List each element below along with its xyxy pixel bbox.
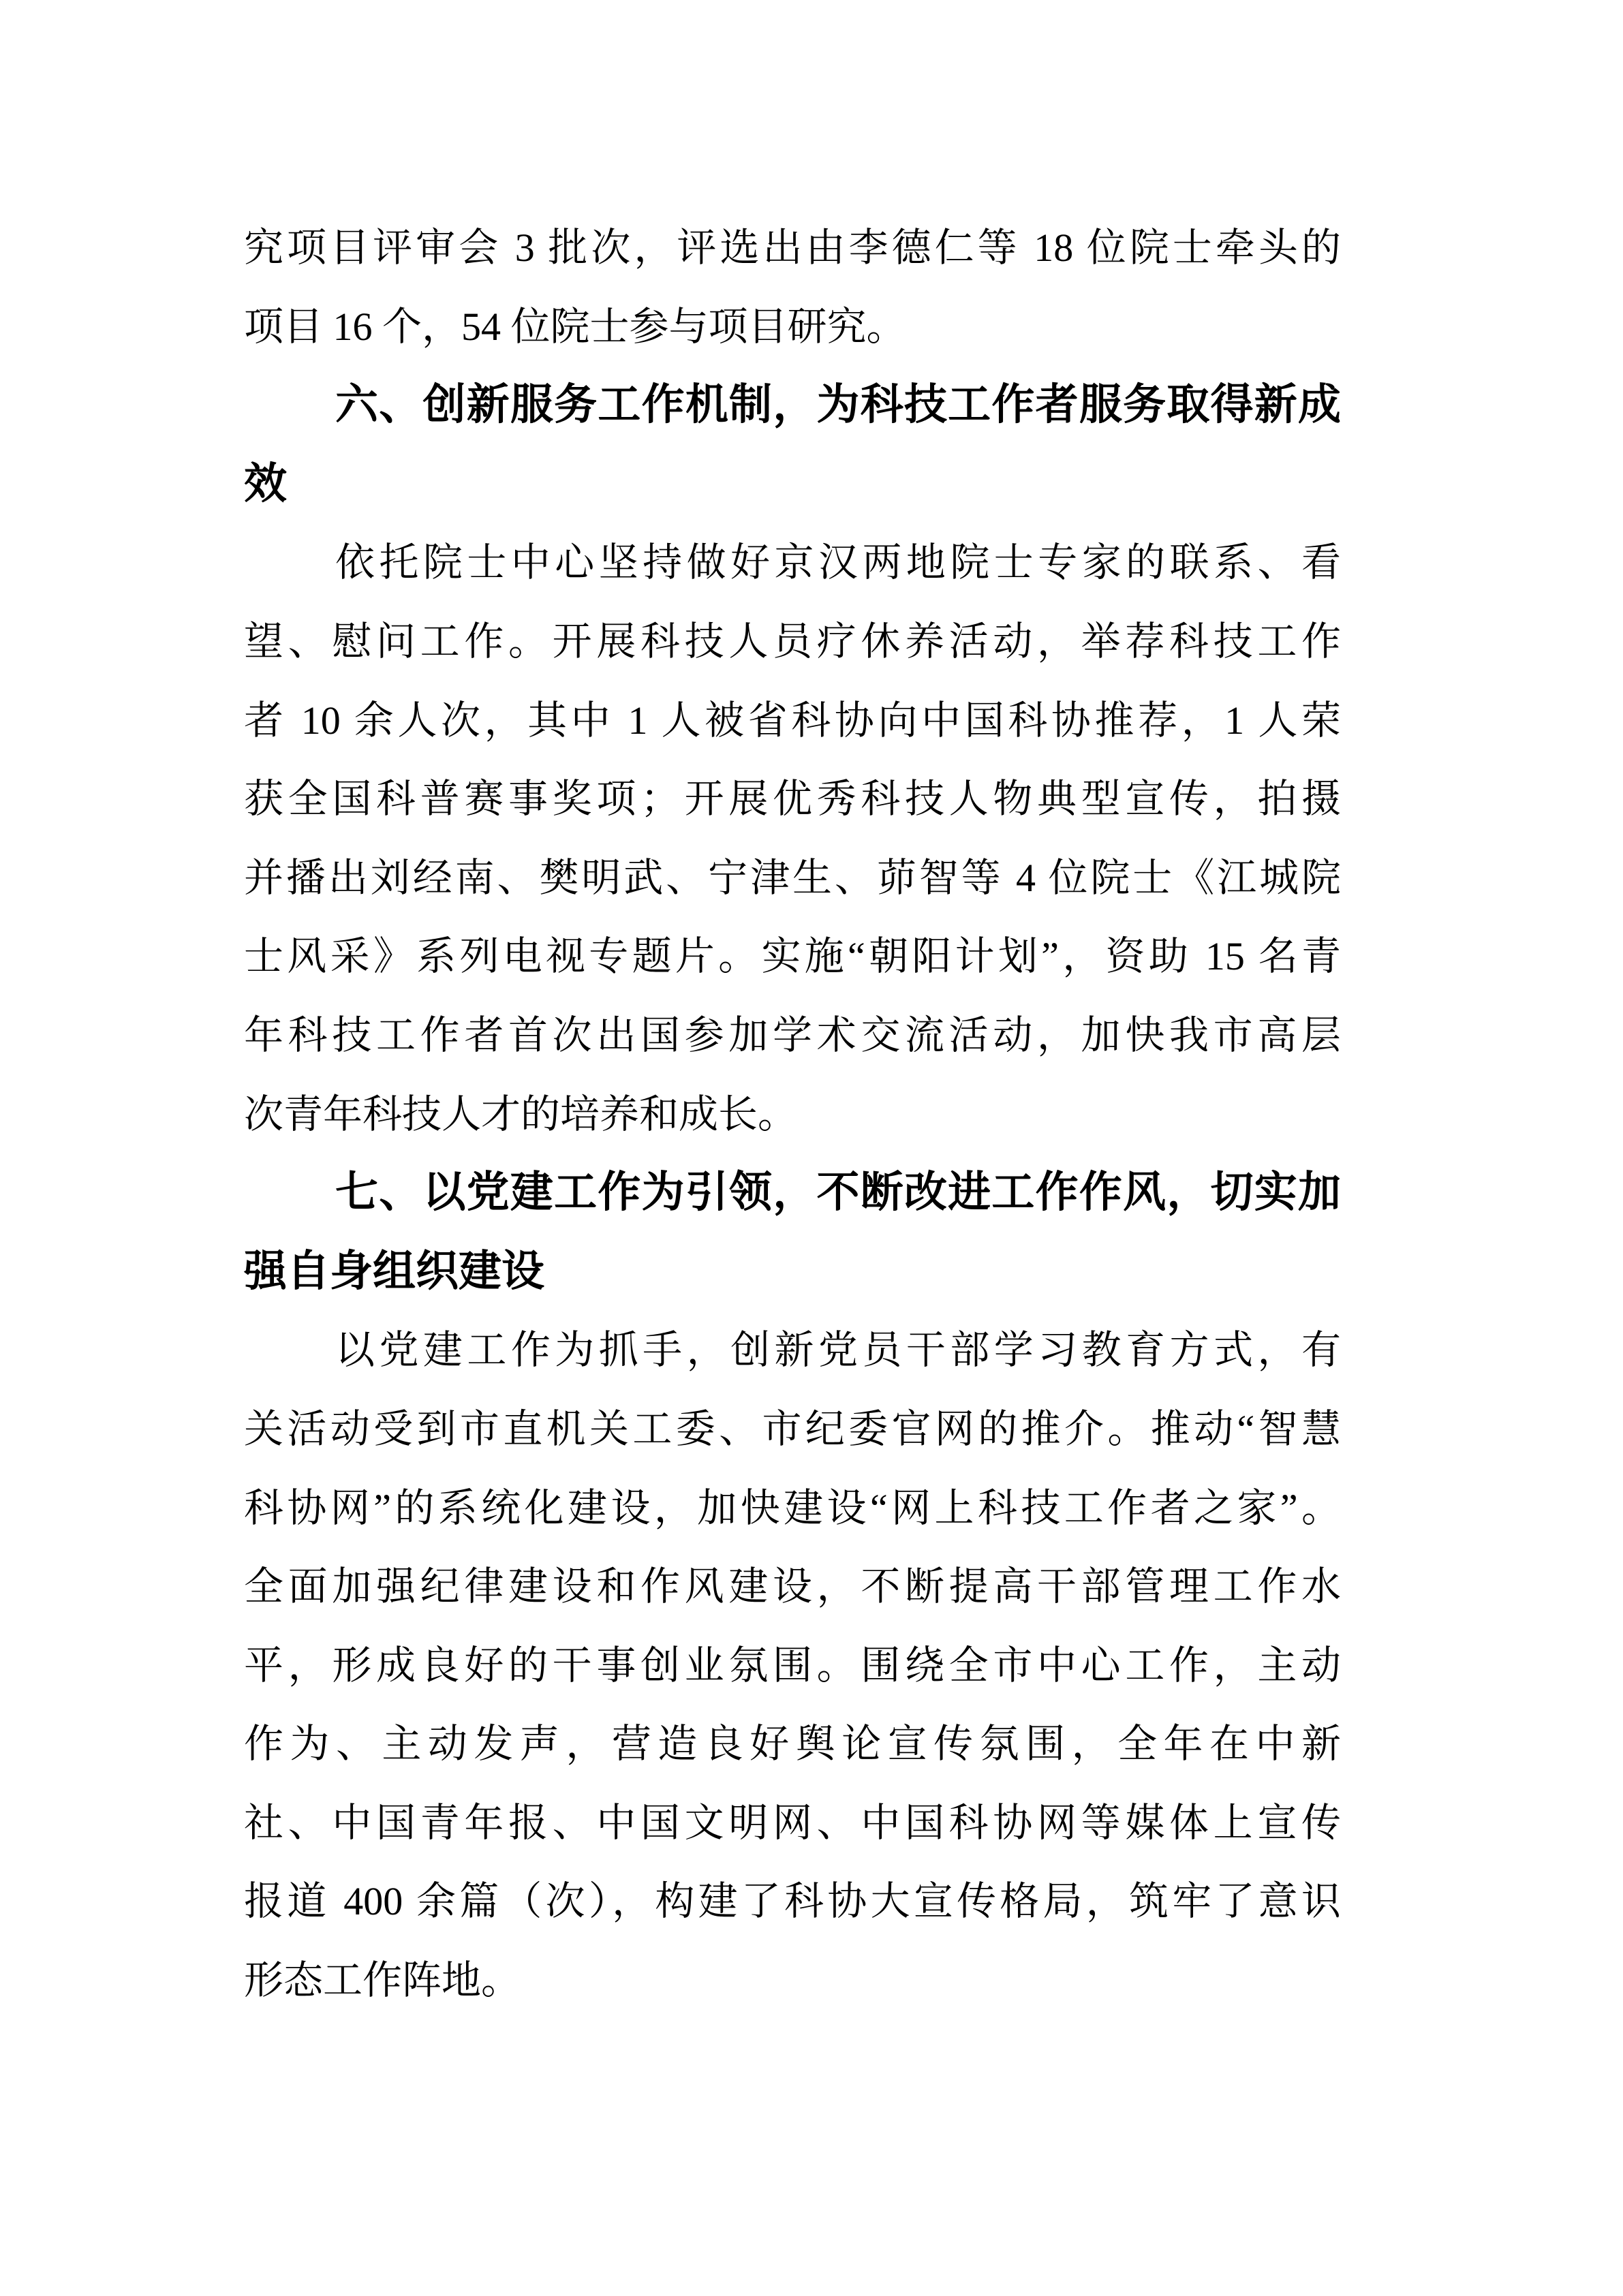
- heading-line: 六、创新服务工作机制，为科技工作者服务取得新成: [244, 366, 1341, 445]
- text-line: 全面加强纪律建设和作风建设，不断提高干部管理工作水: [244, 1547, 1341, 1626]
- text-line: 作为、主动发声，营造良好舆论宣传氛围，全年在中新: [244, 1705, 1341, 1784]
- heading-line: 强自身组织建设: [244, 1232, 1341, 1312]
- text-line: 年科技工作者首次出国参加学术交流活动，加快我市高层: [244, 996, 1341, 1075]
- heading-line: 七、以党建工作为引领，不断改进工作作风，切实加: [244, 1153, 1341, 1232]
- heading-line: 效: [244, 445, 1341, 524]
- text-line: 报道 400 余篇（次），构建了科协大宣传格局，筑牢了意识: [244, 1862, 1341, 1941]
- paragraph-body-party-building: 以党建工作为抓手，创新党员干部学习教育方式，有 关活动受到市直机关工委、市纪委官…: [244, 1311, 1341, 2019]
- text-line: 关活动受到市直机关工委、市纪委官网的推介。推动“智慧: [244, 1390, 1341, 1469]
- text-line: 平，形成良好的干事创业氛围。围绕全市中心工作，主动: [244, 1626, 1341, 1705]
- paragraph-body-service: 依托院士中心坚持做好京汉两地院士专家的联系、看 望、慰问工作。开展科技人员疗休养…: [244, 523, 1341, 1153]
- document-page: 究项目评审会 3 批次，评选出由李德仁等 18 位院士牵头的 项目 16 个，5…: [0, 0, 1623, 2296]
- text-line: 望、慰问工作。开展科技人员疗休养活动，举荐科技工作: [244, 602, 1341, 681]
- text-line: 并播出刘经南、樊明武、宁津生、茆智等 4 位院士《江城院: [244, 839, 1341, 918]
- paragraph-continuation: 究项目评审会 3 批次，评选出由李德仁等 18 位院士牵头的 项目 16 个，5…: [244, 208, 1341, 366]
- text-line: 依托院士中心坚持做好京汉两地院士专家的联系、看: [244, 523, 1341, 602]
- text-line: 者 10 余人次，其中 1 人被省科协向中国科协推荐，1 人荣: [244, 681, 1341, 760]
- paragraph-heading-6: 六、创新服务工作机制，为科技工作者服务取得新成 效: [244, 366, 1341, 523]
- text-line: 士风采》系列电视专题片。实施“朝阳计划”，资助 15 名青: [244, 917, 1341, 996]
- text-line: 以党建工作为抓手，创新党员干部学习教育方式，有: [244, 1311, 1341, 1390]
- text-block: 究项目评审会 3 批次，评选出由李德仁等 18 位院士牵头的 项目 16 个，5…: [244, 208, 1341, 2020]
- paragraph-heading-7: 七、以党建工作为引领，不断改进工作作风，切实加 强自身组织建设: [244, 1153, 1341, 1311]
- text-line: 科协网”的系统化建设，加快建设“网上科技工作者之家”。: [244, 1469, 1341, 1548]
- text-line: 社、中国青年报、中国文明网、中国科协网等媒体上宣传: [244, 1784, 1341, 1863]
- text-line: 究项目评审会 3 批次，评选出由李德仁等 18 位院士牵头的: [244, 208, 1341, 288]
- text-line: 形态工作阵地。: [244, 1941, 1341, 2020]
- text-line: 次青年科技人才的培养和成长。: [244, 1075, 1341, 1154]
- text-line: 获全国科普赛事奖项；开展优秀科技人物典型宣传，拍摄: [244, 760, 1341, 839]
- text-line: 项目 16 个，54 位院士参与项目研究。: [244, 288, 1341, 367]
